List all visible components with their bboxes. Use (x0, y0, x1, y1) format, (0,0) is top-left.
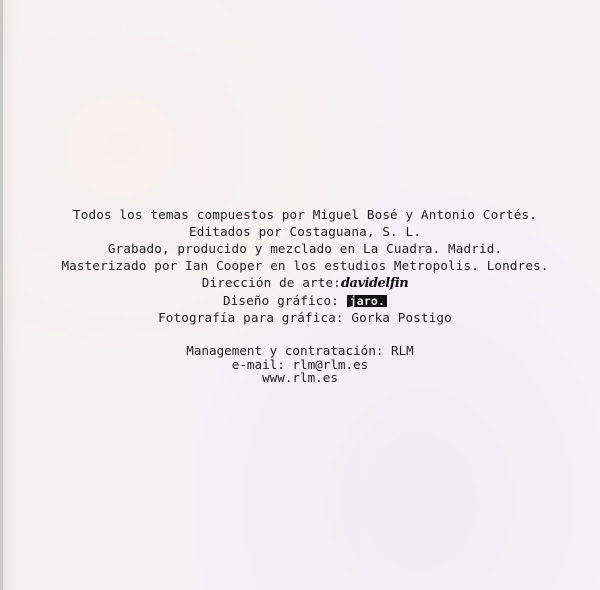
credit-composers: Todos los temas compuestos por Miguel Bo… (0, 206, 600, 223)
credit-publisher: Editados por Costaguana, S. L. (0, 223, 600, 240)
contact-management: Management y contratación: RLM (0, 344, 600, 358)
credit-art-direction: Dirección de arte:davidelfin (0, 274, 600, 292)
graphic-design-label: Diseño gráfico: (223, 293, 339, 308)
art-direction-label: Dirección de arte: (202, 275, 341, 290)
credits-block: Todos los temas compuestos por Miguel Bo… (0, 206, 600, 326)
contact-email: e-mail: rlm@rlm.es (0, 358, 600, 372)
credit-mastering: Masterizado por Ian Cooper en los estudi… (0, 257, 600, 274)
credit-recording: Grabado, producido y mezclado en La Cuad… (0, 240, 600, 257)
booklet-page: Todos los temas compuestos por Miguel Bo… (0, 0, 600, 590)
contact-block: Management y contratación: RLM e-mail: r… (0, 344, 600, 385)
credit-photography: Fotografía para gráfica: Gorka Postigo (0, 309, 600, 326)
contact-website: www.rlm.es (0, 371, 600, 385)
jaro-logo: jaro. (347, 295, 387, 307)
credit-graphic-design: Diseño gráfico: jaro. (0, 292, 600, 309)
davidelfin-logo: davidelfin (341, 276, 408, 291)
